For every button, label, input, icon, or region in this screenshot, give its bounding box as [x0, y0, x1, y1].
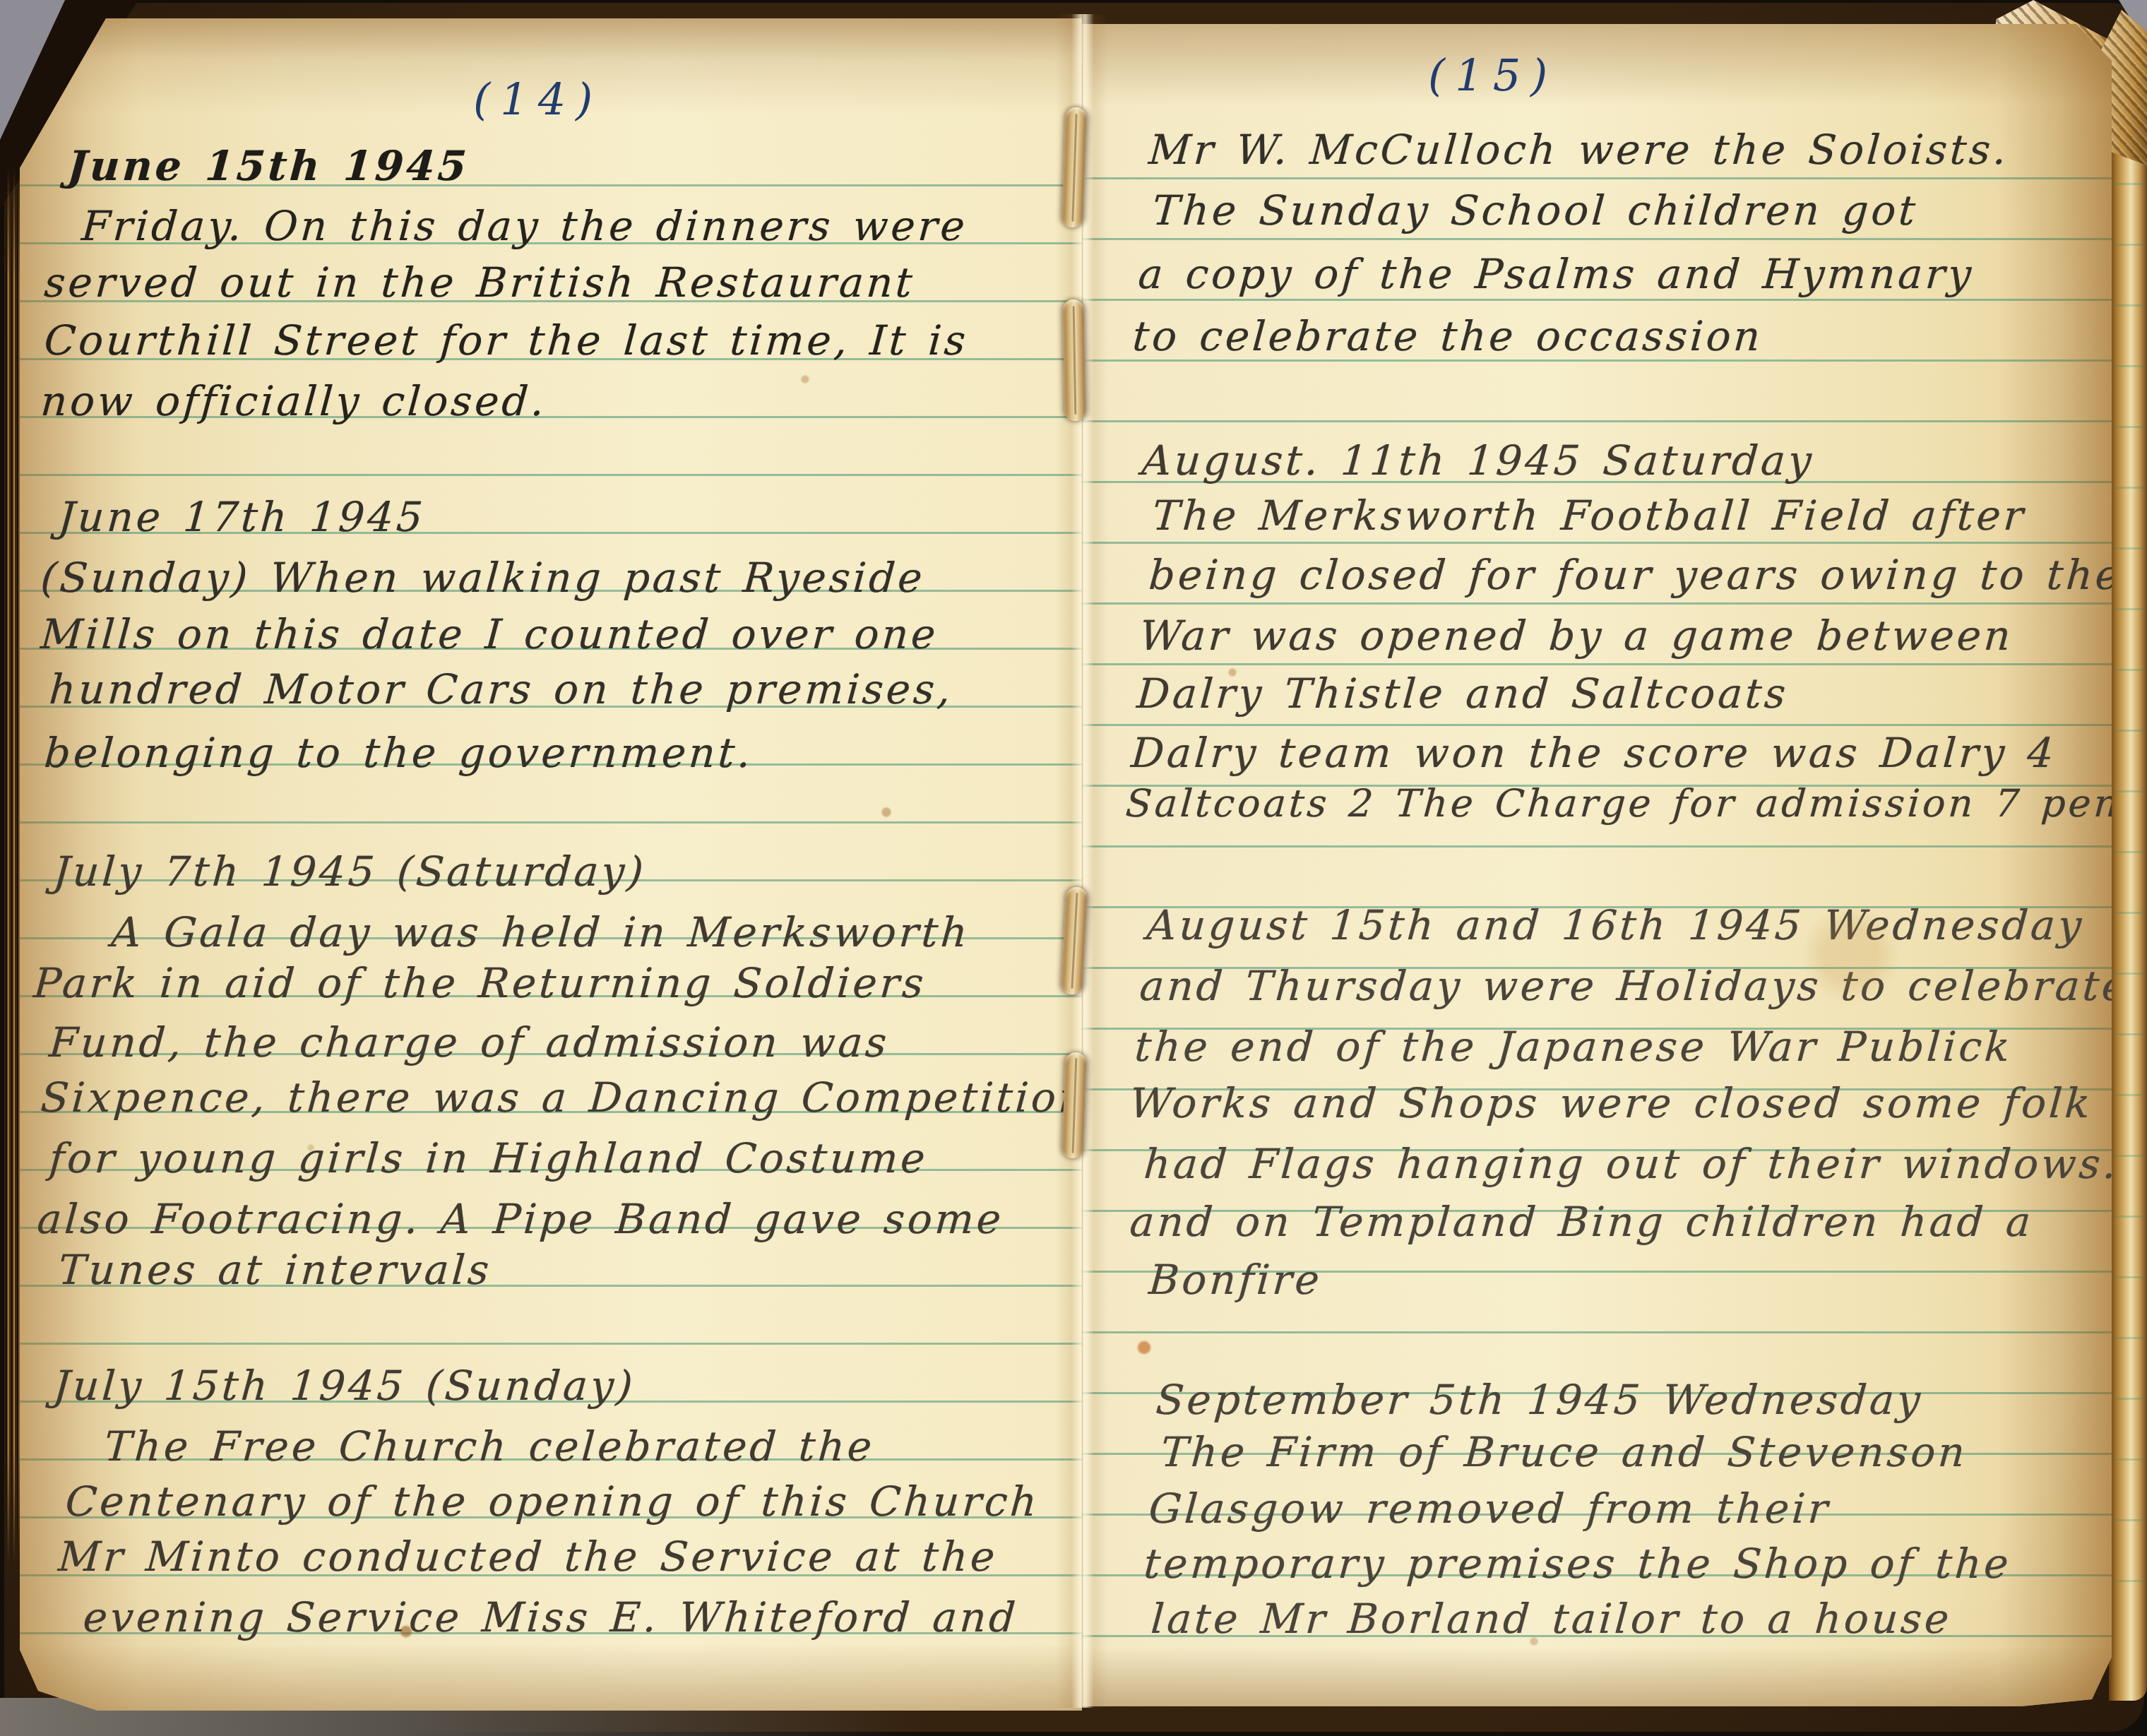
diary-line: to celebrate the occassion	[1131, 312, 1765, 360]
diary-line: late Mr Borland tailor to a house	[1150, 1595, 1953, 1643]
binding-stitch	[1063, 299, 1086, 421]
diary-line: Fund, the charge of admission was	[48, 1018, 891, 1066]
diary-line: Glasgow removed from their	[1148, 1485, 1833, 1533]
page-number-left: (14)	[473, 73, 602, 125]
diary-line: and Thursday were Holidays to celebrate	[1138, 962, 2131, 1010]
diary-line: The Sunday School children got	[1151, 186, 1920, 234]
diary-line: temporary premises the Shop of the	[1143, 1540, 2013, 1588]
diary-line: June 15th 1945	[66, 142, 471, 190]
diary-line: July 15th 1945 (Sunday)	[52, 1362, 637, 1410]
diary-line: for young girls in Highland Costume	[48, 1134, 929, 1182]
diary-line: Saltcoats 2 The Charge for admission 7 p…	[1124, 781, 2147, 826]
diary-line: Courthill Street for the last time, It i…	[43, 316, 970, 364]
diary-line: Centenary of the opening of this Church	[64, 1478, 1042, 1526]
diary-line: served out in the British Restaurant	[43, 258, 917, 307]
diary-line: September 5th 1945 Wednesday	[1155, 1376, 1925, 1424]
diary-line: Sixpence, there was a Dancing Competitio…	[40, 1074, 1090, 1122]
diary-line: (Sunday) When walking past Ryeside	[40, 554, 927, 602]
diary-line: Mr Minto conducted the Service at the	[57, 1533, 999, 1581]
diary-line: Mr W. McCulloch were the Soloists.	[1148, 126, 2011, 174]
diary-line: War was opened by a game between	[1138, 612, 2015, 660]
binding-stitch	[1061, 107, 1087, 228]
diary-line: Dalry Thistle and Saltcoats	[1136, 670, 1790, 718]
right-page: (15) Mr W. McCulloch were the Soloists. …	[1082, 24, 2112, 1706]
left-page: (14) June 15th 1945 Friday. On this day …	[20, 18, 1082, 1711]
binding-stitch	[1061, 1052, 1086, 1159]
ruled-lines	[2115, 150, 2144, 1658]
diary-line: evening Service Miss E. Whiteford and	[82, 1593, 1020, 1641]
diary-line: being closed for four years owing to the	[1148, 551, 2124, 599]
diary-line: hundred Motor Cars on the premises,	[48, 665, 955, 713]
diary-line: had Flags hanging out of their windows.	[1143, 1140, 2121, 1188]
diary-line: Dalry team won the score was Dalry 4	[1130, 729, 2058, 777]
diary-line: also Footracing. A Pipe Band gave some	[36, 1195, 1006, 1243]
diary-line: and on Templand Bing children had a	[1129, 1198, 2035, 1246]
diary-line: The Free Church celebrated the	[103, 1422, 876, 1470]
diary-line: Park in aid of the Returning Soldiers	[32, 959, 928, 1007]
diary-line: The Firm of Bruce and Stevenson	[1160, 1428, 1970, 1476]
diary-line: The Merksworth Football Field after	[1151, 492, 2028, 540]
diary-line: July 7th 1945 (Saturday)	[52, 848, 648, 896]
diary-line: a copy of the Psalms and Hymnary	[1137, 250, 1976, 298]
diary-line: the end of the Japanese War Publick	[1134, 1023, 2014, 1071]
diary-line: A Gala day was held in Merksworth	[110, 908, 972, 956]
diary-line: Tunes at intervals	[57, 1246, 494, 1294]
scanned-diary-spread: (14) June 15th 1945 Friday. On this day …	[0, 0, 2147, 1736]
diary-line: August 15th and 16th 1945 Wednesday	[1146, 901, 2086, 949]
diary-line: August. 11th 1945 Saturday	[1141, 436, 1816, 484]
diary-line: Mills on this date I counted over one	[40, 610, 940, 658]
diary-line: June 17th 1945	[57, 493, 427, 541]
page-number-right: (15)	[1428, 49, 1557, 101]
diary-line: now officially closed.	[40, 377, 549, 425]
diary-line: Bonfire	[1148, 1256, 1324, 1304]
page-edge-stack-right	[2109, 37, 2147, 1701]
diary-line: belonging to the government.	[43, 729, 755, 777]
diary-line: Works and Shops were closed some folk	[1129, 1079, 2095, 1127]
diary-line: Friday. On this day the dinners were	[81, 202, 970, 250]
